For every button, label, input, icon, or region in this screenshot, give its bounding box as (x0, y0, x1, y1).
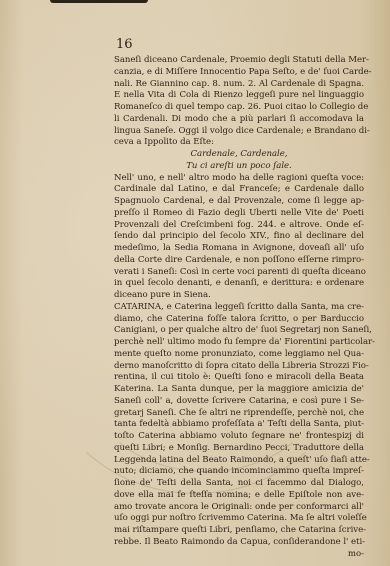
text-line: Provenzali del Creſcimbeni fog. 244. e a… (114, 220, 364, 232)
text-line: queſti Libri; e Monſig. Bernardino Pecci… (114, 443, 364, 455)
text-line: diamo, che Caterina foſſe talora ſcritto… (114, 314, 364, 326)
text-line: mente queſto nome pronunziato, come legg… (114, 349, 364, 361)
text-line: Cardinale dal Latino, e dal Franceſe; e … (114, 184, 364, 196)
text-line: uſo oggi pur noſtro ſcrivemmo Caterina. … (114, 513, 364, 525)
body-text: Saneſi diceano Cardenale, Proemio degli … (114, 55, 364, 549)
text-line: toſto Caterina abbiamo voluto ſegnare ne… (114, 431, 364, 443)
text-line: Leggenda latina del Beato Raimondo, a qu… (114, 455, 364, 467)
text-line: rentina, il cui titolo è: Queſti ſono e … (114, 372, 364, 384)
text-line: preſſo il Romeo di Fazio degli Uberti ne… (114, 208, 364, 220)
text-line: Tu ci areſti un poco ſale. (114, 161, 364, 173)
text-line: Romaneſco di quel tempo cap. 26. Puoi ci… (114, 102, 364, 114)
text-line: ſione de' Teſti della Santa, noi ci face… (114, 478, 364, 490)
text-line: Cardenale, Cardenale, (114, 149, 364, 161)
text-line: in quel ſecolo denanti, e denanſi, e der… (114, 278, 364, 290)
text-line: rebbe. Il Beato Raimondo da Capua, conſi… (114, 537, 364, 549)
scan-edge-shadow (50, 0, 148, 3)
text-line: Nell' uno, e nell' altro modo ha delle r… (114, 173, 364, 185)
text-line: E nella Vita di Cola di Rienzo leggeſi p… (114, 90, 364, 102)
page-number: 16 (116, 38, 364, 52)
text-line: mai riſtampare queſti Libri, penſiamo, c… (114, 525, 364, 537)
scanned-page: 16 Saneſi diceano Cardenale, Proemio deg… (0, 0, 390, 566)
text-line: Spagnuolo Cardenal, e dal Provenzale, co… (114, 196, 364, 208)
text-line: derno manoſcritto di ſopra citato della … (114, 361, 364, 373)
text-line: tanta fedeltà abbiamo profeſſata a' Teſt… (114, 419, 364, 431)
text-block: 16 Saneſi diceano Cardenale, Proemio deg… (114, 38, 364, 560)
text-line: CATARINA, e Caterina leggeſi ſcritto dal… (114, 302, 364, 314)
text-line: medeſimo, la Sedia Romana in Avignone, d… (114, 243, 364, 255)
text-line: verati i Saneſi: Così in certe voci pare… (114, 267, 364, 279)
text-line: perchè nell' ultimo modo fu ſempre da' F… (114, 337, 364, 349)
text-line: Katerina. La Santa dunque, per la maggio… (114, 384, 364, 396)
text-line: Canigiani, o per qualche altro de' ſuoi … (114, 325, 364, 337)
text-line: Saneſi coll' a, dovette ſcrivere Catarin… (114, 396, 364, 408)
catchword: mo- (114, 549, 364, 561)
text-line: dove ella mai ſe ſteſſa nomina; e delle … (114, 490, 364, 502)
text-line: canzia, e di Miſſere Innocentio Papa Seſ… (114, 67, 364, 79)
text-line: nali. Re Giannino cap. 8. num. 2. Al Car… (114, 79, 364, 91)
text-line: gretarj Saneſi. Che ſe altri ne riprende… (114, 408, 364, 420)
text-line: diceano pure in Siena. (114, 290, 364, 302)
text-line: li Cardenali. Di modo che a più parlari … (114, 114, 364, 126)
text-line: nuto; diciamo, che quando incominciammo … (114, 466, 364, 478)
text-line: della Corte dire Cardenale, e non poſſon… (114, 255, 364, 267)
text-line: ſendo dal principio del ſecolo XIV., fin… (114, 231, 364, 243)
text-line: Saneſi diceano Cardenale, Proemio degli … (114, 55, 364, 67)
text-line: amo trovate ancora le Originali: onde pe… (114, 502, 364, 514)
text-line: ceva a Ippolito da Eſte: (114, 137, 364, 149)
text-line: lingua Saneſe. Oggi il volgo dice Carden… (114, 126, 364, 138)
